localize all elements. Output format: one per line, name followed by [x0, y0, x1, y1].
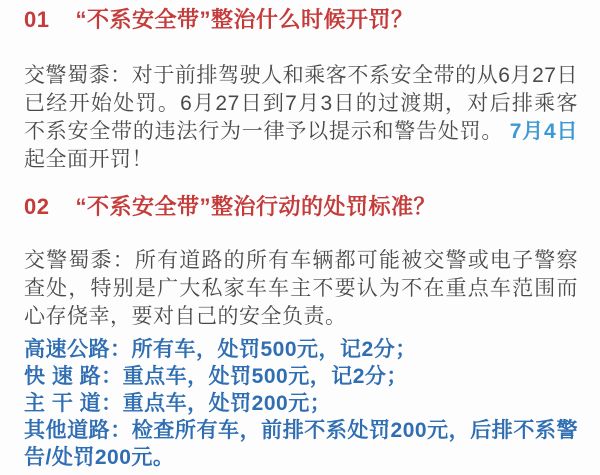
section-1-paragraph: 交警蜀黍：对于前排驾驶人和乘客不系安全带的从6月27日已经开始处罚。6月27日到… [24, 62, 578, 174]
rule-main-road: 主 干 道：重点车，处罚200元； [24, 390, 578, 417]
section-2-number: 02 [24, 196, 49, 218]
section-when-enforcement-starts: 01 “不系安全带”整治什么时候开罚？ 交警蜀黍：对于前排驾驶人和乘客不系安全带… [24, 9, 578, 174]
rule-highway: 高速公路：所有车，处罚500元，记2分； [24, 336, 578, 363]
section-2-title: “不系安全带”整治行动的处罚标准？ [75, 196, 436, 218]
section-2-paragraph: 交警蜀黍：所有道路的所有车辆都可能被交警或电子警察查处，特别是广大私家车车主不要… [24, 247, 578, 331]
section-2-heading: 02 “不系安全带”整治行动的处罚标准？ [24, 196, 578, 218]
section-1-text-post: 起全面开罚！ [24, 148, 153, 171]
rule-expressway: 快 速 路：重点车，处罚500元，记2分； [24, 363, 578, 390]
section-1-title: “不系安全带”整治什么时候开罚？ [75, 9, 413, 31]
article-page: 01 “不系安全带”整治什么时候开罚？ 交警蜀黍：对于前排驾驶人和乘客不系安全带… [0, 0, 600, 475]
section-1-text-pre: 交警蜀黍：对于前排驾驶人和乘客不系安全带的从6月27日已经开始处罚。6月27日到… [24, 64, 578, 143]
penalty-rules-list: 高速公路：所有车，处罚500元，记2分； 快 速 路：重点车，处罚500元，记2… [24, 336, 578, 471]
section-1-heading: 01 “不系安全带”整治什么时候开罚？ [24, 9, 578, 31]
section-1-number: 01 [24, 9, 49, 31]
rule-other-roads: 其他道路：检查所有车，前排不系处罚200元，后排不系警告/处罚200元。 [24, 417, 578, 471]
section-penalty-standards: 02 “不系安全带”整治行动的处罚标准？ 交警蜀黍：所有道路的所有车辆都可能被交… [24, 196, 578, 471]
enforcement-date-highlight: 7月4日 [510, 120, 578, 143]
